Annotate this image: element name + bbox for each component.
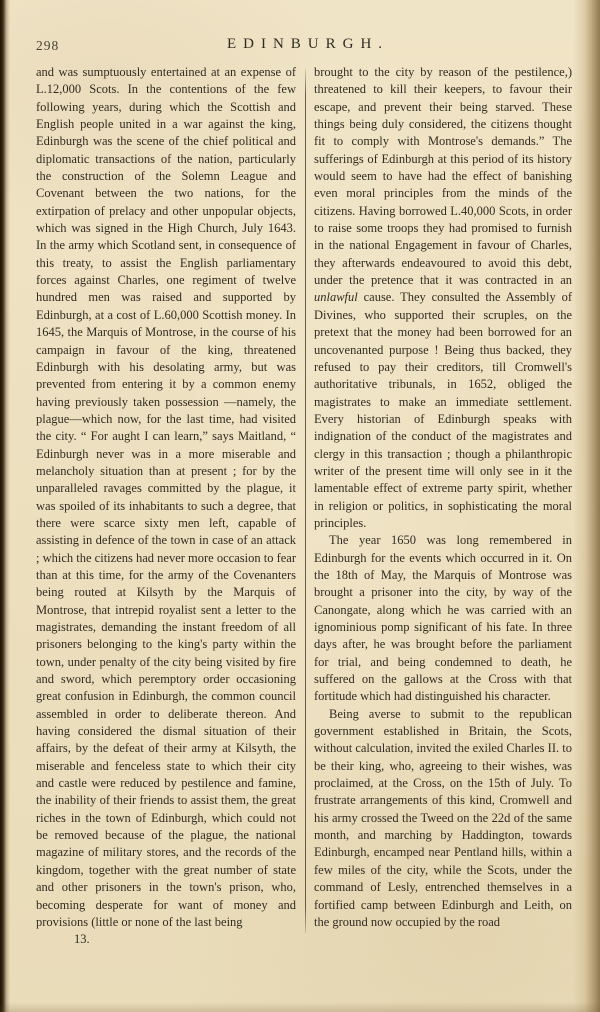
scan-gutter-left-edge [0, 0, 10, 1012]
right-column-paragraph-2: The year 1650 was long remembered in Edi… [314, 532, 572, 705]
column-divider-rule [305, 69, 306, 933]
left-column-paragraph: and was sumptuously entertained at an ex… [36, 64, 296, 931]
paragraph-text-before-italic: brought to the city by reason of the pes… [314, 65, 572, 287]
scan-bottom-edge-shadow [0, 1002, 600, 1012]
right-column-paragraph-3: Being averse to submit to the republican… [314, 706, 572, 931]
paragraph-text-after-italic: cause. They consulted the Assembly of Di… [314, 290, 572, 529]
left-column: and was sumptuously entertained at an ex… [36, 64, 296, 947]
scan-page-right-edge [573, 0, 600, 1012]
right-column-paragraph-1: brought to the city by reason of the pes… [314, 64, 572, 532]
book-page-scan: 298 EDINBURGH. and was sumptuously enter… [0, 0, 600, 1012]
running-header: 298 EDINBURGH. [36, 36, 573, 58]
page-number: 298 [36, 38, 59, 54]
right-column: brought to the city by reason of the pes… [314, 64, 572, 947]
printers-signature-mark: 13. [74, 932, 296, 947]
two-column-text-block: and was sumptuously entertained at an ex… [36, 64, 573, 947]
italic-word: unlawful [314, 290, 358, 304]
running-title: EDINBURGH. [36, 36, 573, 53]
